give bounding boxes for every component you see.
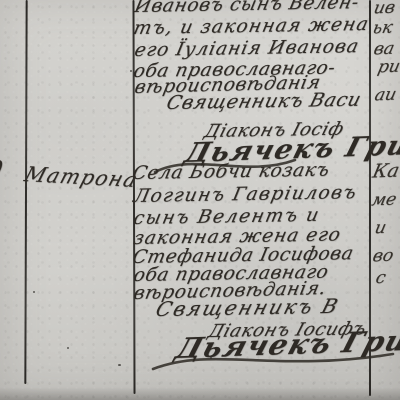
clipped-text-fragment: и <box>373 218 388 238</box>
name-column-entry: Матрона <box>22 162 141 192</box>
clipped-text-fragment: ме <box>370 190 399 211</box>
scan-speck <box>67 347 69 349</box>
scan-speck <box>33 291 35 293</box>
clipped-text-fragment: во <box>371 246 396 267</box>
priest-signature: Священникъ В <box>153 294 342 321</box>
scan-edge-shadow <box>0 387 400 400</box>
handwritten-line: Логгинъ Гавріиловъ <box>132 182 360 207</box>
scan-speck <box>130 70 132 72</box>
clipped-text-fragment: Ка <box>371 160 400 183</box>
scanned-register-page: 0 Матрона Ивановъ сынъ Велен- тъ, и зако… <box>0 0 400 400</box>
priest-signature: Священникъ Васи <box>164 89 364 114</box>
signature-flourish <box>148 342 398 376</box>
clipped-text-fragment: ьк <box>371 18 395 39</box>
clipped-text-fragment: с <box>374 268 388 288</box>
handwritten-line: Села Бобчи козакъ <box>131 160 332 184</box>
scan-speck <box>118 364 121 366</box>
clipped-text-fragment: аи <box>373 85 399 106</box>
clipped-text-fragment: ив <box>372 0 397 18</box>
handwritten-line: тъ, и законная жена <box>132 14 372 39</box>
margin-number-fragment: 0 <box>0 156 6 184</box>
clipped-text-fragment: ри <box>376 57 400 78</box>
column-rule-left <box>24 0 27 384</box>
